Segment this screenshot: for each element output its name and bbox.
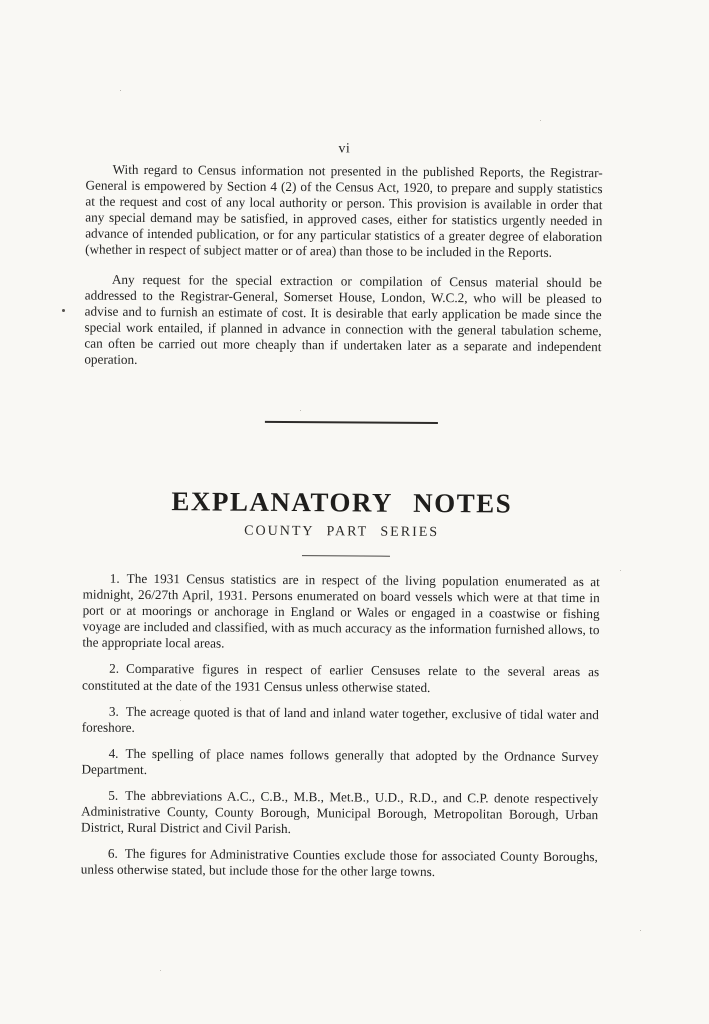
note-number: 5. xyxy=(108,788,118,803)
note-number: 1. xyxy=(110,571,120,586)
subtitle-divider-rule xyxy=(302,555,390,557)
scanned-document-page: vi With regard to Census information not… xyxy=(0,0,709,1024)
intro-paragraph: Any request for the special extraction o… xyxy=(84,272,602,372)
note-number: 2. xyxy=(109,661,119,676)
note-text: The 1931 Census statistics are in respec… xyxy=(82,571,600,651)
page-subtitle: COUNTY PART SERIES xyxy=(83,523,600,543)
note-number: 4. xyxy=(109,746,119,761)
intro-paragraph: With regard to Census information not pr… xyxy=(85,162,603,262)
note-text: The abbreviations A.C., C.B., M.B., Met.… xyxy=(81,788,598,836)
note-item: 5.The abbreviations A.C., C.B., M.B., Me… xyxy=(81,788,598,840)
page-number: vi xyxy=(86,140,603,160)
note-text: The figures for Administrative Counties … xyxy=(81,846,598,879)
note-item: 2.Comparative figures in respect of earl… xyxy=(82,661,599,697)
note-item: 4.The spelling of place names follows ge… xyxy=(81,745,598,781)
ink-speck xyxy=(62,309,65,312)
note-text: The spelling of place names follows gene… xyxy=(81,746,598,777)
section-divider-rule xyxy=(265,421,438,424)
page-content: vi With regard to Census information not… xyxy=(80,0,604,1024)
note-item: 6.The figures for Administrative Countie… xyxy=(81,846,598,882)
note-number: 6. xyxy=(108,846,118,861)
notes-section: 1.The 1931 Census statistics are in resp… xyxy=(81,571,600,892)
note-number: 3. xyxy=(109,703,119,718)
note-item: 3.The acreage quoted is that of land and… xyxy=(82,703,599,739)
note-text: The acreage quoted is that of land and i… xyxy=(82,704,599,735)
note-item: 1.The 1931 Census statistics are in resp… xyxy=(82,571,600,655)
note-text: Comparative figures in respect of earlie… xyxy=(82,661,599,694)
page-title: EXPLANATORY NOTES xyxy=(83,486,600,521)
